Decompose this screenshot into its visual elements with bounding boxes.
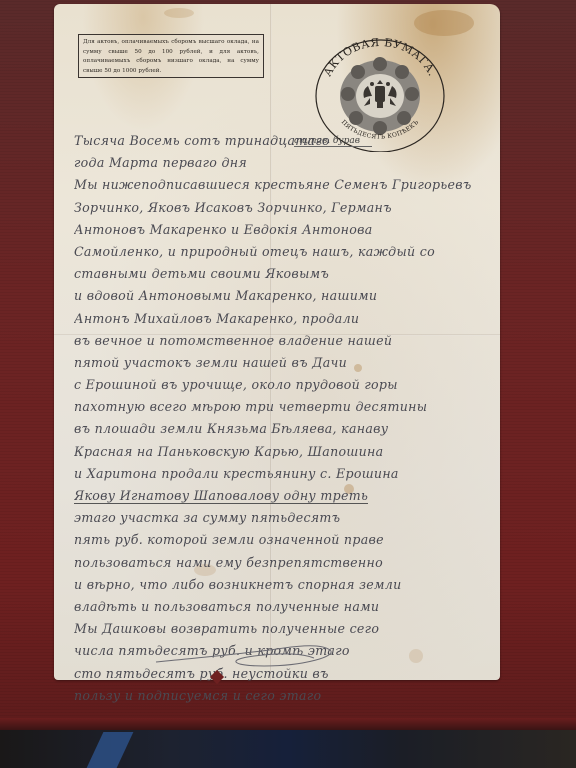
handwriting-line: пахотную всего мѣрою три четверти десяти…: [74, 396, 494, 418]
handwriting-line: ставными детьми своими Яковымъ: [74, 263, 494, 285]
handwriting-line-underlined: Якову Игнатову Шаповалову одну треть: [74, 485, 494, 507]
handwriting-line: с Ерошиной въ урочище, около прудовой го…: [74, 374, 494, 396]
handwriting-line: пользу и подписуемся и сего этаго: [74, 685, 494, 707]
stamped-paper-document: Для актовъ, оплачиваемыхъ сборомъ высшаг…: [54, 4, 500, 680]
handwritten-text: Тысяча Восемь сотъ тринадцатаго года Мар…: [74, 130, 494, 707]
stain: [164, 8, 194, 18]
handwriting-line: пятой участокъ земли нашей въ Дачи: [74, 352, 494, 374]
handwriting-line: Самойленко, и природный отецъ нашъ, кажд…: [74, 241, 494, 263]
handwriting-line: въ плошади земли Князьма Бѣляева, канаву: [74, 418, 494, 440]
floor-background: [0, 730, 576, 768]
handwriting-line: и вдовой Антоновыми Макаренко, нашими: [74, 285, 494, 307]
handwriting-line: Антоновъ Макаренко и Евдокія Антонова: [74, 219, 494, 241]
handwriting-line: Зорчинко, Яковъ Исаковъ Зорчинко, Герман…: [74, 197, 494, 219]
handwriting-line: владѣть и пользоваться полученные нами: [74, 596, 494, 618]
handwriting-line: года Марта перваго дня: [74, 152, 494, 174]
table-edge: [0, 718, 576, 730]
handwriting-line: пользоваться нами ему безпрепятственно: [74, 552, 494, 574]
handwriting-line: Красная на Паньковскую Карью, Шапошина: [74, 441, 494, 463]
handwriting-line: Антонъ Михайловъ Макаренко, продали: [74, 308, 494, 330]
printed-notice-box: Для актовъ, оплачиваемыхъ сборомъ высшаг…: [78, 34, 264, 78]
notice-text: Для актовъ, оплачиваемыхъ сборомъ высшаг…: [83, 38, 259, 76]
stain: [414, 10, 474, 36]
handwriting-line: пять руб. которой земли означенной праве: [74, 529, 494, 551]
handwriting-line: въ вечное и потомственное владение нашей: [74, 330, 494, 352]
handwriting-line: Мы нижеподписавшиеся крестьяне Семенъ Гр…: [74, 174, 494, 196]
handwriting-line: Тысяча Восемь сотъ тринадцатаго: [74, 130, 494, 152]
handwriting-line: этаго участка за сумму пятьдесятъ: [74, 507, 494, 529]
signature-flourish-icon: [154, 636, 344, 670]
handwriting-line: и Харитона продали крестьянину с. Ерошин…: [74, 463, 494, 485]
handwriting-line: и вѣрно, что либо возникнетъ спорная зем…: [74, 574, 494, 596]
